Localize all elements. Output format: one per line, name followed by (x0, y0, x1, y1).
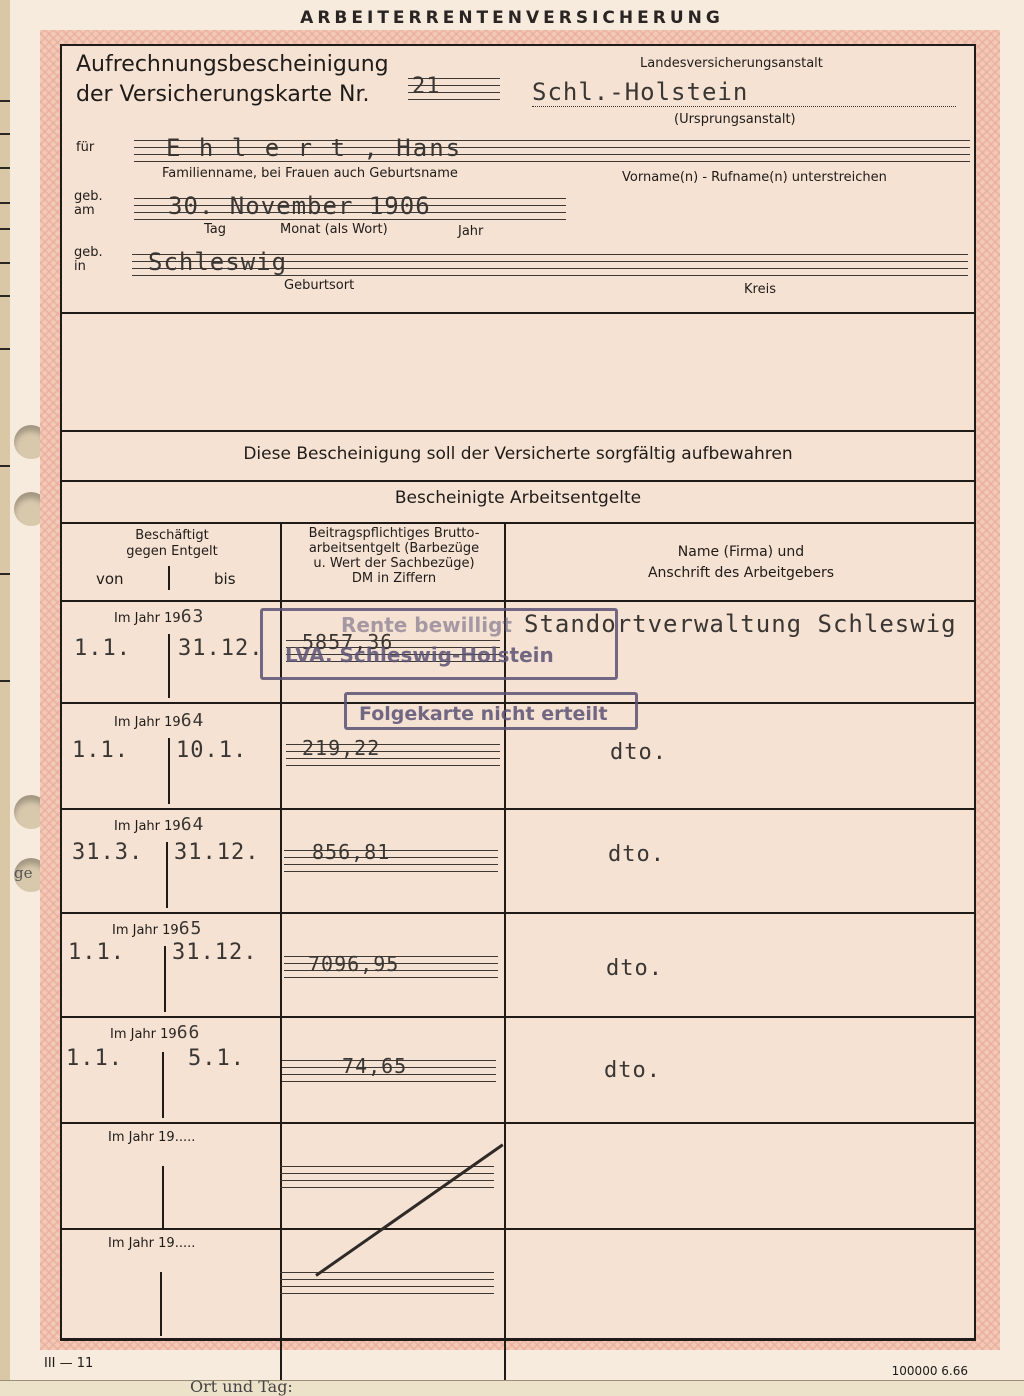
col-amount-header: Beitragspflichtiges Brutto-arbeitsentgel… (284, 526, 504, 586)
underlying-page: Ort und Tag: (0, 1380, 1024, 1396)
row-year-label: Im Jahr 19..... (108, 1130, 195, 1145)
row-year-label: Im Jahr 1966 (110, 1022, 200, 1043)
row-year-label: Im Jahr 1964 (114, 814, 204, 835)
row-year-label: Im Jahr 1964 (114, 710, 204, 731)
for-label: für (76, 140, 94, 155)
row-from: 1.1. (66, 1046, 123, 1071)
name-value: E h l e r t , Hans (166, 134, 462, 162)
col-employer-header: Name (Firma) undAnschrift des Arbeitgebe… (508, 542, 974, 584)
form-title: ARBEITERRENTENVERSICHERUNG (0, 8, 1024, 28)
surname-caption: Familienname, bei Frauen auch Geburtsnam… (162, 166, 458, 181)
agency-value: Schl.-Holstein (532, 78, 956, 107)
birthplace-caption: Geburtsort (284, 278, 354, 293)
certificate-heading-1: Aufrechnungsbescheinigung (76, 52, 389, 77)
row-to: 31.12. (172, 940, 257, 965)
day-caption: Tag (204, 222, 226, 237)
row-employer: dto. (608, 842, 665, 867)
col-to-header: bis (214, 570, 236, 588)
form-body: Aufrechnungsbescheinigung der Versicheru… (60, 44, 976, 1341)
firstname-caption: Vorname(n) - Rufname(n) unterstreichen (622, 170, 887, 185)
row-amount: 7096,95 (308, 952, 399, 976)
row-amount: 856,81 (312, 840, 390, 864)
row-year-label: Im Jahr 19..... (108, 1236, 195, 1251)
table-title: Bescheinigte Arbeitsentgelte (62, 488, 974, 508)
margin-fragment: ge (14, 864, 32, 882)
row-employer: dto. (604, 1058, 661, 1083)
birth-date-value: 30. November 1906 (168, 192, 431, 220)
form-code: III — 11 (44, 1356, 93, 1371)
row-year-label: Im Jahr 1963 (114, 606, 204, 627)
agency-sublabel: (Ursprungsanstalt) (674, 112, 796, 127)
row-to: 5.1. (188, 1046, 245, 1071)
row-from: 31.3. (72, 840, 143, 865)
certificate-heading-2: der Versicherungskarte Nr. (76, 82, 369, 107)
month-caption: Monat (als Wort) (280, 222, 388, 237)
row-from: 1.1. (74, 636, 131, 661)
row-employer: dto. (610, 740, 667, 765)
safekeeping-notice: Diese Bescheinigung soll der Versicherte… (62, 444, 974, 464)
agency-label: Landesversicherungsanstalt (640, 56, 823, 71)
district-caption: Kreis (744, 282, 776, 297)
row-to: 31.12. (174, 840, 259, 865)
born-in-label: geb.in (74, 246, 103, 274)
row-amount: 74,65 (342, 1054, 407, 1078)
born-on-label: geb.am (74, 190, 103, 218)
row-amount: 219,22 (302, 736, 380, 760)
birthplace-value: Schleswig (148, 248, 287, 276)
row-from: 1.1. (68, 940, 125, 965)
year-caption: Jahr (458, 224, 483, 239)
rent-approved-stamp: Rente bewilligt LVA. Schleswig-Holstein (260, 608, 618, 680)
decorative-border: Aufrechnungsbescheinigung der Versicheru… (40, 30, 1000, 1350)
print-run: 100000 6.66 (892, 1364, 968, 1378)
row-to: 31.12. (178, 636, 263, 661)
col-from-header: von (96, 570, 124, 588)
row-year-label: Im Jahr 1965 (112, 918, 202, 939)
row-from: 1.1. (72, 738, 129, 763)
card-number-value: 21 (412, 74, 441, 99)
row-employer: dto. (606, 956, 663, 981)
col-employment-header: Beschäftigtgegen Entgelt (92, 528, 252, 560)
no-followup-card-stamp: Folgekarte nicht erteilt (344, 692, 638, 730)
row-to: 10.1. (176, 738, 247, 763)
